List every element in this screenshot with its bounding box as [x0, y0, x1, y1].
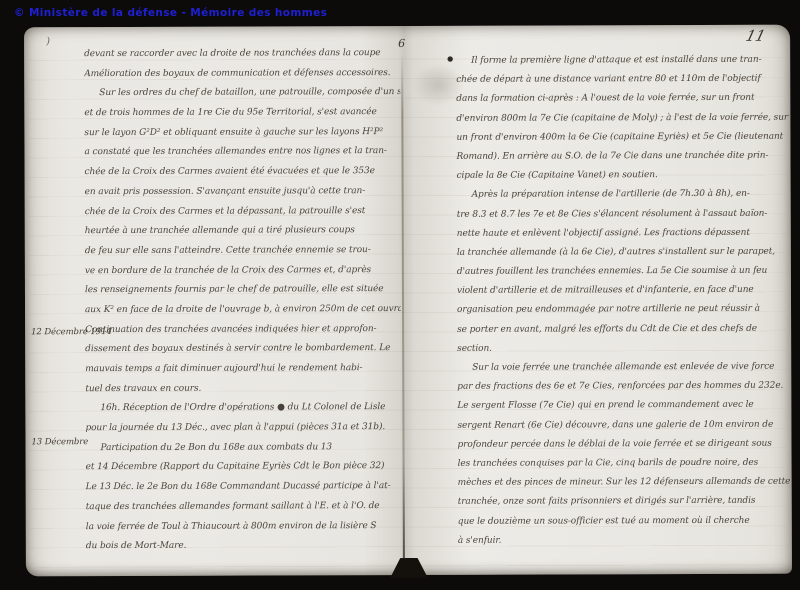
manuscript-line: sergent Renart (6e Cie) découvre, dans u… [457, 415, 791, 435]
annotation-dot-icon: ● [447, 55, 453, 63]
manuscript-line: cipale la 8e Cie (Capitaine Vanet) en so… [457, 166, 791, 186]
manuscript-line: tranchée, onze sont faits prisonniers et… [458, 492, 792, 512]
manuscript-line: profondeur percée dans le déblai de la v… [457, 434, 791, 454]
manuscript-line: 16h. Réception de l'Ordre d'opérations ●… [85, 398, 401, 419]
manuscript-line: la voie ferrée de Toul à Thiaucourt à 80… [86, 517, 402, 538]
manuscript-line: dans la formation ci-après : A l'ouest d… [456, 89, 790, 109]
manuscript-line: tre 8.3 et 8.7 les 7e et 8e Cies s'élanc… [457, 204, 791, 224]
manuscript-line: d'autres fouillent les tranchées ennemie… [457, 262, 791, 282]
manuscript-line: Après la préparation intense de l'artill… [457, 185, 791, 205]
manuscript-line: Il forme la première ligne d'attaque et … [456, 51, 790, 71]
manuscript-line: dissement des boyaux destinés à servir c… [85, 339, 401, 360]
manuscript-line: Sur la voie ferrée une tranchée allemand… [457, 358, 791, 378]
manuscript-line: Romand). En arrière au S.O. de la 7e Cie… [456, 147, 790, 167]
manuscript-line: section. [457, 338, 791, 358]
manuscript-line: à s'enfuir. [458, 530, 792, 550]
center-fold [401, 52, 405, 561]
page-number-right: 11 [744, 27, 768, 45]
manuscript-line: ve en bordure de la tranchée de la Croix… [85, 261, 401, 282]
copyright-watermark: © Ministère de la défense - Mémoire des … [14, 7, 327, 19]
manuscript-line: par des fractions des 6e et 7e Cies, ren… [457, 377, 791, 397]
manuscript-line: Continuation des tranchées avancées indi… [85, 320, 401, 341]
manuscript-line: Participation du 2e Bon du 168e aux comb… [85, 438, 401, 459]
manuscript-line: Le sergent Flosse (7e Cie) qui en prend … [457, 396, 791, 416]
manuscript-line: chée de la Croix des Carmes et la dépass… [85, 202, 401, 223]
ink-mark: ) [46, 36, 50, 47]
manuscript-line: Amélioration des boyaux de communication… [84, 64, 400, 85]
manuscript-line: heurtée à une tranchée allemande qui a t… [85, 221, 401, 242]
manuscript-line: en avait pris possession. S'avançant ens… [85, 182, 401, 203]
manuscript-line: de feu sur elle sans l'atteindre. Cette … [85, 241, 401, 262]
manuscript-line: un front d'environ 400m la 6e Cie (capit… [456, 127, 790, 147]
journal-spread: ) 6 11 12 Décembre 1914 13 Décembre ● de… [24, 25, 792, 577]
manuscript-line: tuel des travaux en cours. [85, 379, 401, 400]
page-right-text: Il forme la première ligne d'attaque et … [456, 51, 792, 551]
manuscript-line: organisation peu endommagée par notre ar… [457, 300, 791, 320]
manuscript-line: et de trois hommes de la 1re Cie du 95e … [84, 103, 400, 124]
manuscript-line: et 14 Décembre (Rapport du Capitaine Eyr… [86, 457, 402, 478]
manuscript-line: chée de départ à une distance variant en… [456, 70, 790, 90]
manuscript-line: la tranchée allemande (à la 6e Cie), d'a… [457, 243, 791, 263]
manuscript-line: taque des tranchées allemandes formant s… [86, 497, 402, 518]
manuscript-line: mèches et des pinces de mineur. Sur les … [458, 473, 792, 493]
manuscript-line: sur le layon G²D² et obliquant ensuite à… [84, 123, 400, 144]
manuscript-line: a constaté que les tranchées allemandes … [84, 142, 400, 163]
manuscript-line: mauvais temps a fait diminuer aujourd'hu… [85, 359, 401, 380]
spine-shadow [382, 558, 436, 578]
manuscript-line: d'environ 800m la 7e Cie (capitaine de M… [456, 108, 790, 128]
manuscript-line: du bois de Mort-Mare. [86, 536, 402, 557]
manuscript-line: Sur les ordres du chef de bataillon, une… [84, 83, 400, 104]
manuscript-line: Le 13 Déc. le 2e Bon du 168e Commandant … [86, 477, 402, 498]
manuscript-line: les renseignements fournis par le chef d… [85, 280, 401, 301]
manuscript-line: devant se raccorder avec la droite de no… [84, 44, 400, 65]
scan-viewport: © Ministère de la défense - Mémoire des … [0, 0, 800, 590]
manuscript-line: aux K² en face de la droite de l'ouvrage… [85, 300, 401, 321]
manuscript-line: que le douzième un sous-officier est tué… [458, 511, 792, 531]
manuscript-line: nette haute et enlèvent l'objectif assig… [457, 223, 791, 243]
manuscript-line: se porter en avant, malgré les efforts d… [457, 319, 791, 339]
manuscript-line: pour la journée du 13 Déc., avec plan à … [85, 418, 401, 439]
manuscript-line: violent d'artillerie et de mitrailleuses… [457, 281, 791, 301]
page-left-text: devant se raccorder avec la droite de no… [84, 44, 402, 557]
manuscript-line: chée de la Croix des Carmes avaient été … [85, 162, 401, 183]
margin-date-13-december: 13 Décembre [31, 437, 88, 447]
manuscript-line: les tranchées conquises par la Cie, cinq… [458, 454, 792, 474]
